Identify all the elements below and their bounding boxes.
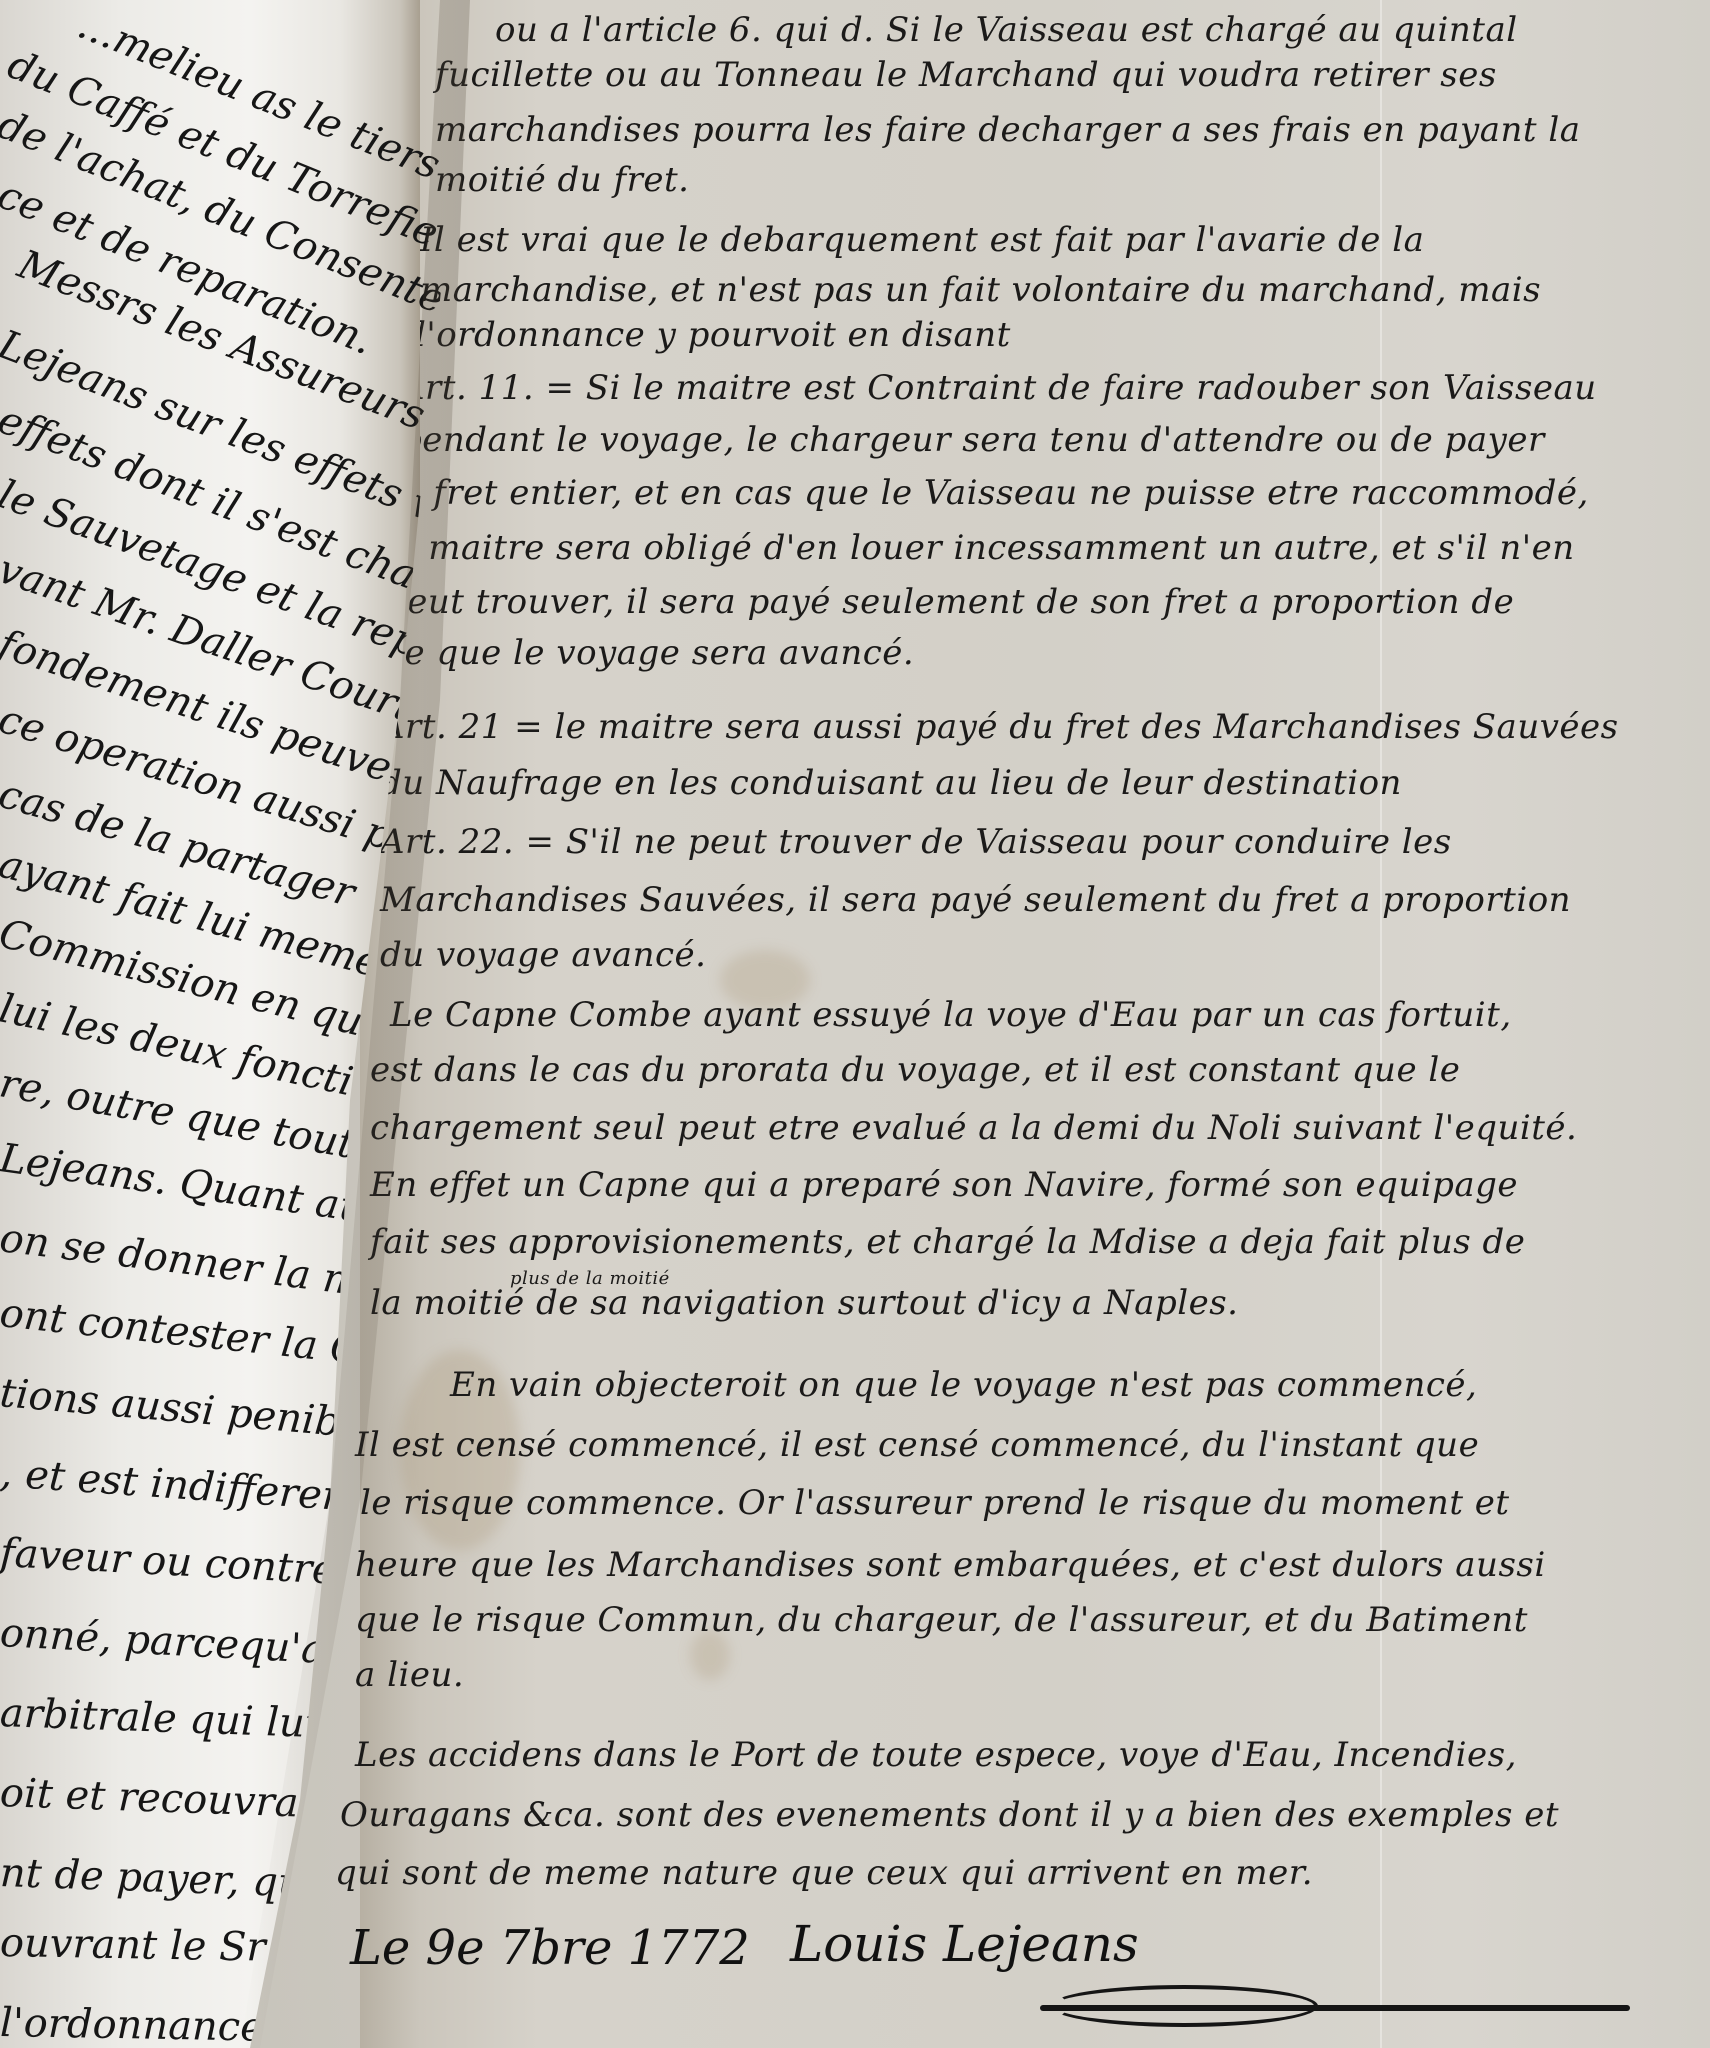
text-line: le maitre sera obligé d'en louer incessa… (385, 528, 1575, 568)
text-line: chargement seul peut etre evalué a la de… (370, 1108, 1577, 1148)
text-line: qui sont de meme nature que ceux qui arr… (335, 1853, 1313, 1893)
signature: Louis Lejeans (790, 1915, 1139, 1973)
text-line: fucillette ou au Tonneau le Marchand qui… (435, 55, 1497, 95)
signature-underline (1040, 2005, 1630, 2011)
main-page: ou a l'article 6. qui d. Si le Vaisseau … (360, 0, 1710, 2048)
text-line: l'ordonnance y pourvoit en disant (415, 315, 1011, 355)
closing-date: Le 9e 7bre 1772 (350, 1920, 750, 1976)
text-line: fait ses approvisionements, et chargé la… (370, 1222, 1525, 1262)
curled-text-line: l'ordonnance (0, 2000, 264, 2048)
article-11-line: Art. 11. = Si le maitre est Contraint de… (400, 368, 1597, 408)
text-line: En vain objecteroit on que le voyage n'e… (450, 1365, 1477, 1405)
text-line: marchandise, et n'est pas un fait volont… (420, 270, 1541, 310)
text-line: le risque commence. Or l'assureur prend … (360, 1483, 1510, 1523)
text-line: marchandises pourra les faire decharger … (435, 110, 1581, 150)
text-line: le fret entier, et en cas que le Vaissea… (390, 473, 1589, 513)
curled-text-line: , et est indifferent (0, 1450, 365, 1521)
text-line: la moitié de sa navigation surtout d'icy… (370, 1283, 1238, 1323)
text-line: du voyage avancé. (380, 935, 706, 975)
text-line: heure que les Marchandises sont embarqué… (355, 1545, 1546, 1585)
text-line: En effet un Capne qui a preparé son Navi… (370, 1165, 1518, 1205)
text-line: ou a l'article 6. qui d. Si le Vaisseau … (495, 10, 1518, 50)
text-line: Il est vrai que le debarquement est fait… (420, 220, 1424, 260)
text-line: pendant le voyage, le chargeur sera tenu… (400, 420, 1545, 460)
text-line: que le risque Commun, du chargeur, de l'… (355, 1600, 1528, 1640)
text-line: Les accidens dans le Port de toute espec… (355, 1735, 1517, 1775)
text-line: est dans le cas du prorata du voyage, et… (370, 1050, 1460, 1090)
article-21-line: Art. 21 = le maitre sera aussi payé du f… (380, 707, 1619, 747)
text-line: moitié du fret. (435, 160, 689, 200)
main-text-block: ou a l'article 6. qui d. Si le Vaisseau … (360, 0, 1710, 2048)
text-line: Ouragans &ca. sont des evenements dont i… (340, 1795, 1559, 1835)
text-line: ce que le voyage sera avancé. (385, 633, 914, 673)
text-line-with-strikethrough: Il est censé commencé, il est censé comm… (355, 1425, 1479, 1465)
text-line: Le Capne Combe ayant essuyé la voye d'Ea… (390, 995, 1512, 1035)
curled-text-line: arbitrale qui lui (0, 1690, 318, 1747)
text-line: a lieu. (355, 1655, 464, 1695)
text-line: peut trouver, il sera payé seulement de … (385, 582, 1514, 622)
text-line: Marchandises Sauvées, il sera payé seule… (380, 880, 1571, 920)
article-22-line: Art. 22. = S'il ne peut trouver de Vaiss… (380, 822, 1452, 862)
text-line: du Naufrage en les conduisant au lieu de… (380, 763, 1402, 803)
